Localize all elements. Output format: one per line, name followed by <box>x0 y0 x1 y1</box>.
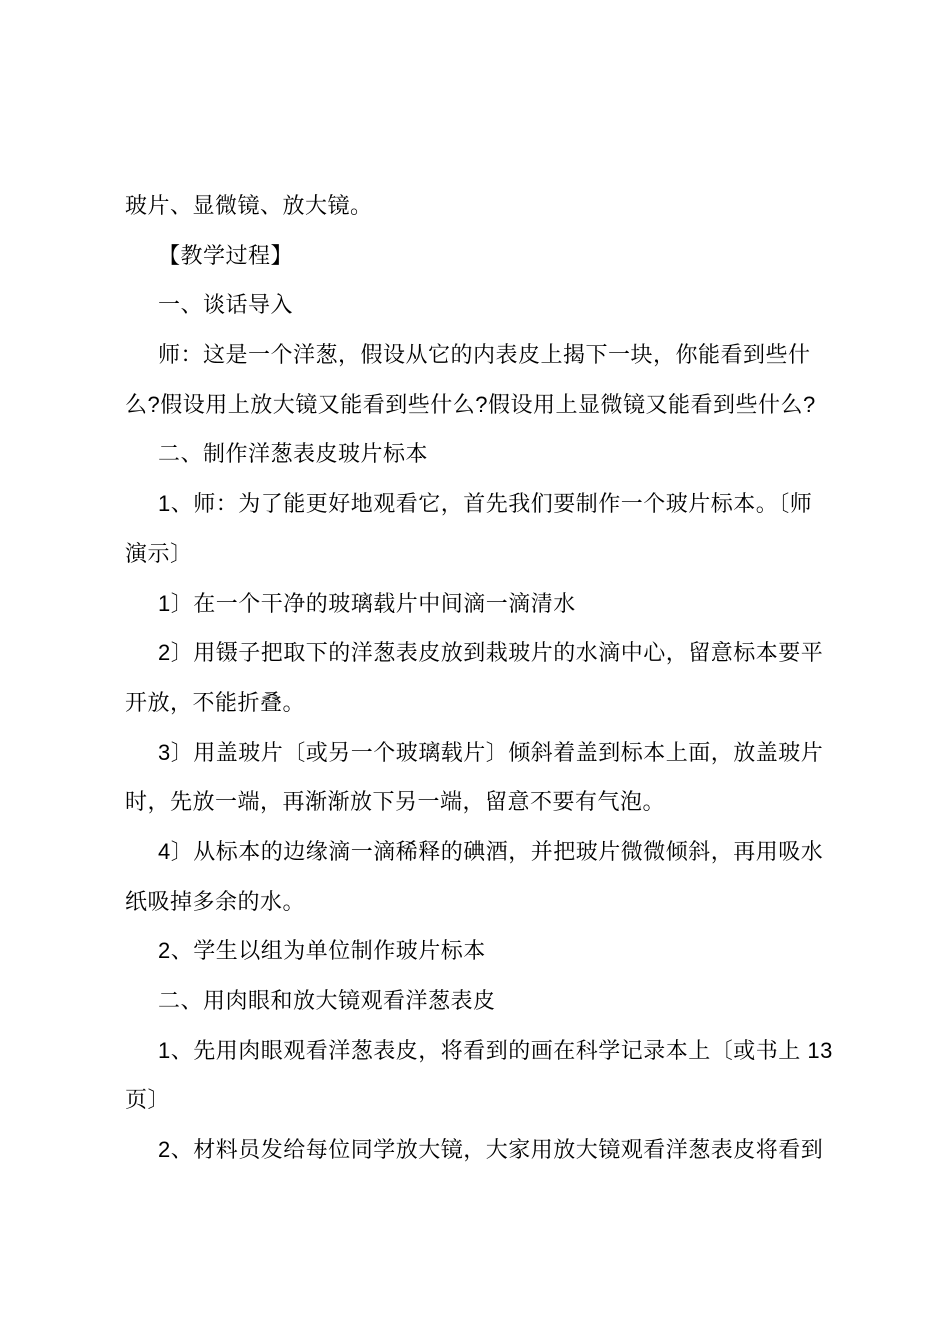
text-line: 1〕在一个干净的玻璃载片中间滴一滴清水 <box>125 579 832 629</box>
text-line: 一、谈话导入 <box>125 280 832 330</box>
text-line: 【教学过程】 <box>125 231 832 281</box>
text-line: 二、用肉眼和放大镜观看洋葱表皮 <box>125 976 832 1026</box>
text-line: 演示〕 <box>125 529 832 579</box>
text-line: 二、制作洋葱表皮玻片标本 <box>125 429 832 479</box>
text-line: 2〕用镊子把取下的洋葱表皮放到栽玻片的水滴中心，留意标本要平 <box>125 628 832 678</box>
text-line: 玻片、显微镜、放大镜。 <box>125 181 832 231</box>
text-line: 2、材料员发给每位同学放大镜，大家用放大镜观看洋葱表皮将看到 <box>125 1125 832 1175</box>
text-line: 时，先放一端，再渐渐放下另一端，留意不要有气泡。 <box>125 777 832 827</box>
text-line: 页〕 <box>125 1075 832 1125</box>
text-line: 么?假设用上放大镜又能看到些什么?假设用上显微镜又能看到些什么? <box>125 380 832 430</box>
document-text-block: 玻片、显微镜、放大镜。【教学过程】一、谈话导入师：这是一个洋葱，假设从它的内表皮… <box>125 181 832 1175</box>
text-line: 开放，不能折叠。 <box>125 678 832 728</box>
text-line: 3〕用盖玻片〔或另一个玻璃载片〕倾斜着盖到标本上面，放盖玻片 <box>125 728 832 778</box>
text-line: 纸吸掉多余的水。 <box>125 877 832 927</box>
document-page: 玻片、显微镜、放大镜。【教学过程】一、谈话导入师：这是一个洋葱，假设从它的内表皮… <box>0 0 950 1344</box>
text-line: 师：这是一个洋葱，假设从它的内表皮上揭下一块，你能看到些什 <box>125 330 832 380</box>
text-line: 1、师：为了能更好地观看它，首先我们要制作一个玻片标本。〔师 <box>125 479 832 529</box>
text-line: 4〕从标本的边缘滴一滴稀释的碘酒，并把玻片微微倾斜，再用吸水 <box>125 827 832 877</box>
text-line: 1、先用肉眼观看洋葱表皮，将看到的画在科学记录本上〔或书上 13 <box>125 1026 832 1076</box>
text-line: 2、学生以组为单位制作玻片标本 <box>125 926 832 976</box>
